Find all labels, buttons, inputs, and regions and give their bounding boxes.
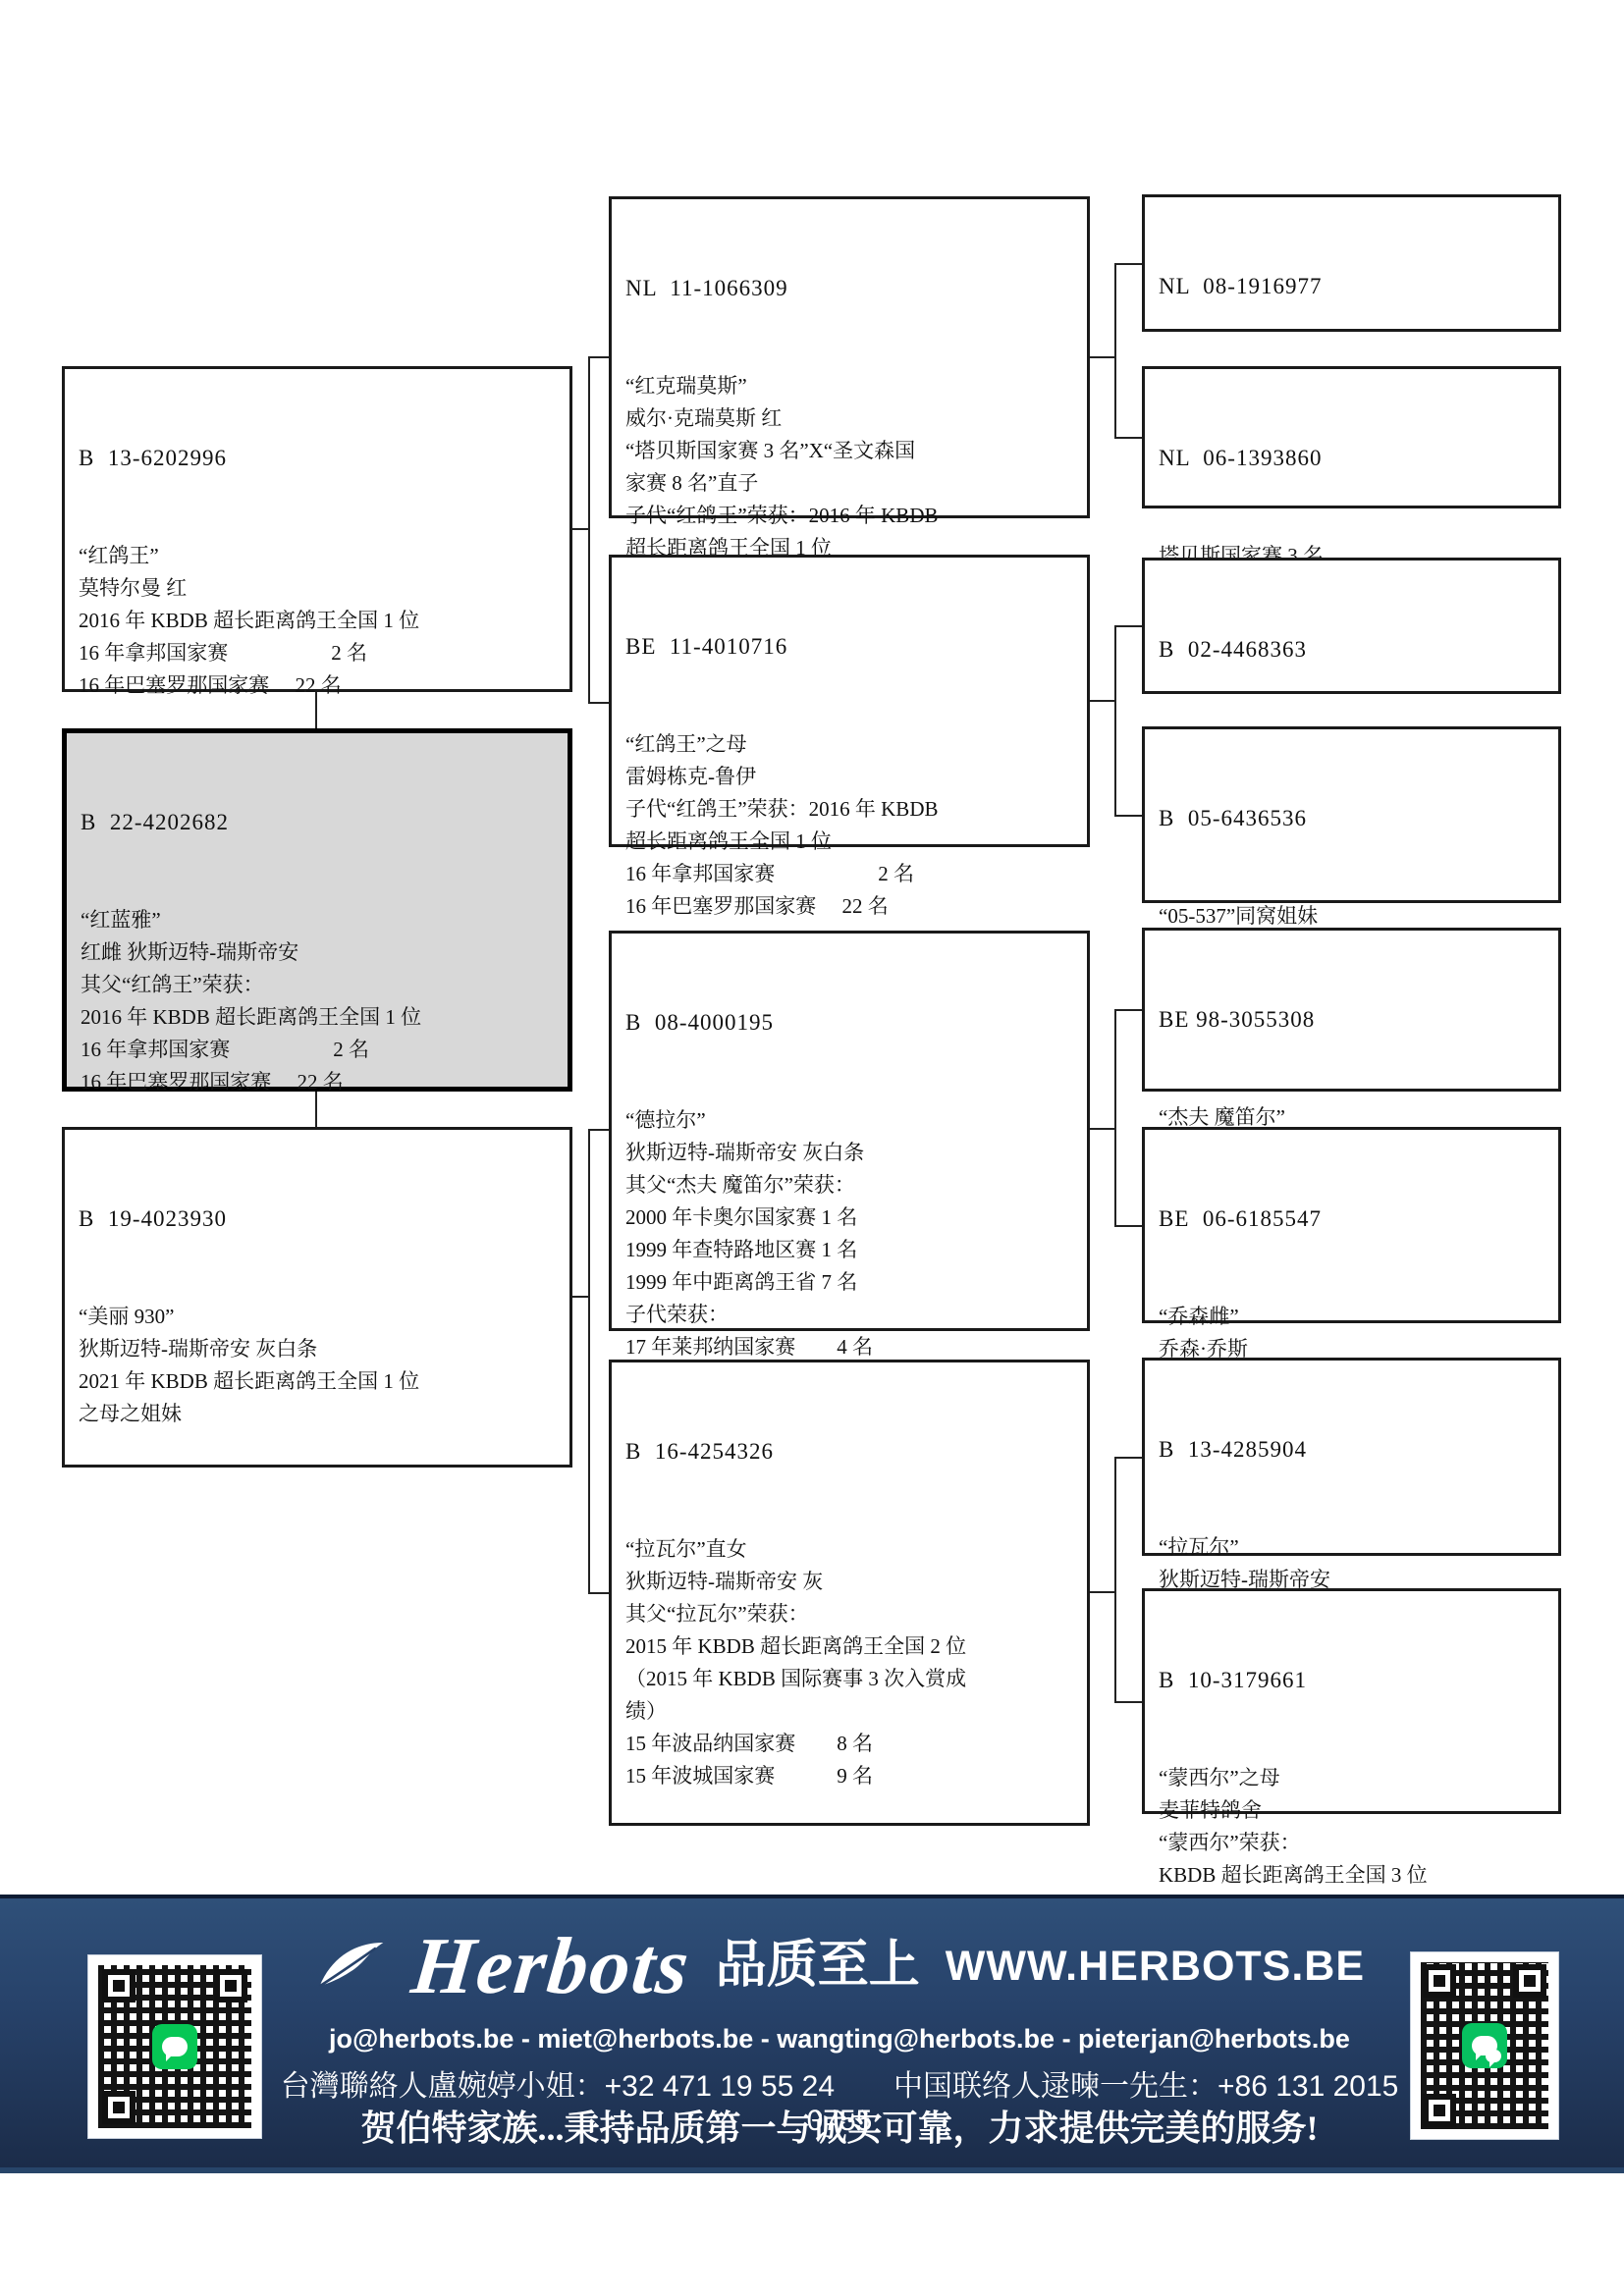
ring-number: B 13-6202996 bbox=[79, 442, 558, 475]
pedigree-box-ggp-2: NL 06-1393860 塔贝斯国家赛 3 名威尔·克瑞莫斯 bbox=[1142, 366, 1561, 508]
ring-number: BE 06-6185547 bbox=[1159, 1202, 1546, 1236]
pedigree-box-grandmother-1: BE 11-4010716 “红鸽王”之母雷姆栋克-鲁伊子代“红鸽王”荣获：20… bbox=[609, 555, 1090, 847]
pedigree-text-line: 其父“拉瓦尔”荣获： bbox=[625, 1598, 1075, 1630]
pedigree-box-ggp-6: BE 06-6185547 “乔森雌”乔森·乔斯雨点 bbox=[1142, 1127, 1561, 1323]
pedigree-text-line: “乔森雌” bbox=[1159, 1301, 1546, 1333]
pedigree-box-grandfather-1: NL 11-1066309 “红克瑞莫斯”威尔·克瑞莫斯 红“塔贝斯国家赛 3 … bbox=[609, 196, 1090, 518]
pedigree-text-line: “红鸽王”之母 bbox=[625, 728, 1075, 761]
ring-number: NL 06-1393860 bbox=[1159, 442, 1546, 475]
line-icon bbox=[152, 2024, 197, 2069]
pedigree-text-line: 雷姆栋克-鲁伊 bbox=[625, 761, 1075, 793]
pedigree-text-line: “拉瓦尔” bbox=[1159, 1531, 1546, 1564]
connector-line bbox=[588, 1592, 609, 1594]
line-qr-code bbox=[88, 1955, 261, 2138]
connector-line bbox=[1090, 1591, 1116, 1593]
connector-line bbox=[1114, 625, 1142, 627]
footer-cn-tagline: 品质至上 bbox=[716, 1937, 920, 1996]
pedigree-text-line: 15 年波城国家赛 9 名 bbox=[625, 1760, 1075, 1792]
connector-line bbox=[1090, 700, 1116, 702]
pedigree-box-text: “蒙西尔”之母麦菲特鸽舍“蒙西尔”荣获：KBDB 超长距离鸽王全国 3 位 bbox=[1159, 1762, 1546, 1892]
pedigree-box-ggp-7: B 13-4285904 “拉瓦尔”狄斯迈特-瑞斯帝安2015 年 KBDB 马… bbox=[1142, 1358, 1561, 1556]
pedigree-box-ggp-4: B 05-6436536 “05-537”同窝姐妹弗雷尔伯根“05-537”是 … bbox=[1142, 726, 1561, 903]
pedigree-text-line: 子代“红鸽王”荣获：2016 年 KBDB bbox=[625, 500, 1075, 532]
pedigree-text-line: 16 年拿邦国家赛 2 名 bbox=[81, 1034, 556, 1066]
pedigree-text-line: “红蓝雅” bbox=[81, 904, 556, 936]
pedigree-box-grandfather-2: B 08-4000195 “德拉尔”狄斯迈特-瑞斯帝安 灰白条其父“杰夫 魔笛尔… bbox=[609, 931, 1090, 1331]
connector-line bbox=[1114, 1457, 1116, 1703]
connector-line bbox=[588, 356, 609, 358]
footer-banner: Herbots 品质至上 WWW.HERBOTS.BE jo@herbots.b… bbox=[0, 1895, 1624, 2173]
connector-line bbox=[1114, 263, 1116, 439]
line-bubble bbox=[162, 2037, 188, 2056]
connector-line bbox=[1114, 1009, 1142, 1011]
pedigree-text-line: 2015 年 KBDB 超长距离鸽王全国 2 位 bbox=[625, 1630, 1075, 1663]
pedigree-text-line: “蒙西尔”之母 bbox=[1159, 1762, 1546, 1794]
wechat-bubble-small bbox=[1486, 2050, 1501, 2062]
pedigree-box-ggp-1: NL 08-1916977 圣文森国家赛 8 名威尔·克瑞莫斯 bbox=[1142, 194, 1561, 332]
pedigree-box-father: B 13-6202996 “红鸽王”莫特尔曼 红2016 年 KBDB 超长距离… bbox=[62, 366, 572, 692]
pedigree-text-line: 15 年波品纳国家赛 8 名 bbox=[625, 1728, 1075, 1760]
pedigree-text-line: （2015 年 KBDB 国际赛事 3 次入赏成 bbox=[625, 1663, 1075, 1695]
connector-line bbox=[588, 356, 590, 704]
pedigree-text-line: 2000 年卡奥尔国家赛 1 名 bbox=[625, 1201, 1075, 1234]
connector-line bbox=[315, 692, 317, 728]
pedigree-text-line: 16 年巴塞罗那国家赛 22 名 bbox=[79, 669, 558, 702]
pedigree-text-line: 红雌 狄斯迈特-瑞斯帝安 bbox=[81, 936, 556, 969]
ring-number: B 19-4023930 bbox=[79, 1202, 558, 1236]
pedigree-text-line: 狄斯迈特-瑞斯帝安 灰 bbox=[625, 1566, 1075, 1598]
qr-eye bbox=[1423, 2094, 1456, 2127]
ring-number: NL 11-1066309 bbox=[625, 272, 1075, 305]
connector-line bbox=[588, 702, 609, 704]
connector-line bbox=[1114, 1225, 1142, 1227]
pedigree-box-subject: B 22-4202682 “红蓝雅”红雌 狄斯迈特-瑞斯帝安其父“红鸽王”荣获：… bbox=[62, 728, 572, 1092]
pedigree-box-text: “拉瓦尔”直女狄斯迈特-瑞斯帝安 灰其父“拉瓦尔”荣获：2015 年 KBDB … bbox=[625, 1533, 1075, 1792]
herbots-logo: Herbots bbox=[408, 1926, 694, 2006]
pedigree-box-ggp-3: B 02-4468363 “开端号”之父顶级种鸽 bbox=[1142, 558, 1561, 694]
pedigree-text-line: 其父“红鸽王”荣获： bbox=[81, 969, 556, 1001]
footer-emails: jo@herbots.be - miet@herbots.be - wangti… bbox=[275, 2024, 1404, 2055]
pedigree-text-line: “蒙西尔”荣获： bbox=[1159, 1827, 1546, 1859]
pedigree-box-text: “红鸽王”之母雷姆栋克-鲁伊子代“红鸽王”荣获：2016 年 KBDB超长距离鸽… bbox=[625, 728, 1075, 923]
pedigree-text-line: “红鸽王” bbox=[79, 540, 558, 572]
qr-eye bbox=[1513, 1964, 1546, 1998]
pedigree-text-line: “美丽 930” bbox=[79, 1301, 558, 1333]
connector-line bbox=[1114, 1009, 1116, 1227]
connector-line bbox=[1114, 1701, 1142, 1703]
pedigree-text-line: 16 年拿邦国家赛 2 名 bbox=[625, 858, 1075, 890]
connector-line bbox=[1090, 1128, 1116, 1130]
footer-logo-row: Herbots 品质至上 WWW.HERBOTS.BE bbox=[275, 1926, 1404, 2006]
pedigree-text-line: 家赛 8 名”直子 bbox=[625, 467, 1075, 500]
pedigree-text-line: 2021 年 KBDB 超长距离鸽王全国 1 位 bbox=[79, 1365, 558, 1398]
pedigree-text-line: 之母之姐妹 bbox=[79, 1398, 558, 1430]
pedigree-text-line: “红克瑞莫斯” bbox=[625, 370, 1075, 402]
pedigree-box-text: “美丽 930”狄斯迈特-瑞斯帝安 灰白条2021 年 KBDB 超长距离鸽王全… bbox=[79, 1301, 558, 1430]
pedigree-text-line: 子代“红鸽王”荣获：2016 年 KBDB bbox=[625, 793, 1075, 826]
wechat-qr-code bbox=[1411, 1952, 1558, 2139]
connector-line bbox=[1114, 437, 1142, 439]
pedigree-box-text: “红鸽王”莫特尔曼 红2016 年 KBDB 超长距离鸽王全国 1 位16 年拿… bbox=[79, 540, 558, 702]
ring-number: NL 08-1916977 bbox=[1159, 270, 1546, 303]
connector-line bbox=[1114, 625, 1116, 817]
pedigree-text-line: 子代荣获： bbox=[625, 1299, 1075, 1331]
pedigree-text-line: 16 年拿邦国家赛 2 名 bbox=[79, 637, 558, 669]
pedigree-text-line: KBDB 超长距离鸽王全国 3 位 bbox=[1159, 1859, 1546, 1892]
ring-number: B 02-4468363 bbox=[1159, 633, 1546, 667]
pedigree-text-line: 2016 年 KBDB 超长距离鸽王全国 1 位 bbox=[81, 1001, 556, 1034]
pedigree-box-ggp-5: BE 98-3055308 “杰夫 魔笛尔”凡达姆-布达特 灰2000 年卡奥尔… bbox=[1142, 928, 1561, 1092]
connector-line bbox=[315, 1092, 317, 1127]
pedigree-text-line: 1999 年中距离鸽王省 7 名 bbox=[625, 1266, 1075, 1299]
ring-number: B 16-4254326 bbox=[625, 1435, 1075, 1468]
pedigree-text-line: 狄斯迈特-瑞斯帝安 灰白条 bbox=[79, 1333, 558, 1365]
pedigree-text-line: 超长距离鸽王全国 1 位 bbox=[625, 826, 1075, 858]
ring-number: BE 98-3055308 bbox=[1159, 1003, 1546, 1037]
pedigree-text-line: 莫特尔曼 红 bbox=[79, 572, 558, 605]
connector-line bbox=[1114, 263, 1142, 265]
connector-line bbox=[588, 1129, 590, 1594]
ring-number: B 05-6436536 bbox=[1159, 802, 1546, 835]
pedigree-text-line: 麦菲特鸽舍 bbox=[1159, 1794, 1546, 1827]
pedigree-box-mother: B 19-4023930 “美丽 930”狄斯迈特-瑞斯帝安 灰白条2021 年… bbox=[62, 1127, 572, 1468]
pedigree-text-line: 其父“杰夫 魔笛尔”荣获： bbox=[625, 1169, 1075, 1201]
footer-website: WWW.HERBOTS.BE bbox=[946, 1943, 1365, 1991]
pedigree-text-line: 2016 年 KBDB 超长距离鸽王全国 1 位 bbox=[79, 605, 558, 637]
connector-line bbox=[588, 1129, 609, 1131]
pedigree-text-line: 绩） bbox=[625, 1695, 1075, 1728]
pedigree-text-line: “拉瓦尔”直女 bbox=[625, 1533, 1075, 1566]
ring-number: B 22-4202682 bbox=[81, 806, 556, 839]
ring-number: BE 11-4010716 bbox=[625, 630, 1075, 664]
footer-slogan: 贺伯特家族...秉持品质第一与诚实可靠，力求提供完美的服务! bbox=[275, 2101, 1404, 2151]
wechat-icon bbox=[1462, 2023, 1507, 2068]
connector-line bbox=[1090, 356, 1116, 358]
pedigree-text-line: 狄斯迈特-瑞斯帝安 灰白条 bbox=[625, 1137, 1075, 1169]
qr-eye bbox=[102, 2091, 135, 2124]
qr-eye bbox=[1423, 1964, 1456, 1998]
pedigree-box-grandmother-2: B 16-4254326 “拉瓦尔”直女狄斯迈特-瑞斯帝安 灰其父“拉瓦尔”荣获… bbox=[609, 1360, 1090, 1826]
feather-icon bbox=[314, 1937, 387, 1996]
pedigree-box-ggp-8: B 10-3179661 “蒙西尔”之母麦菲特鸽舍“蒙西尔”荣获：KBDB 超长… bbox=[1142, 1588, 1561, 1814]
pedigree-text-line: 16 年巴塞罗那国家赛 22 名 bbox=[625, 890, 1075, 923]
connector-line bbox=[1114, 815, 1142, 817]
pedigree-text-line: 威尔·克瑞莫斯 红 bbox=[625, 402, 1075, 435]
ring-number: B 08-4000195 bbox=[625, 1006, 1075, 1040]
pedigree-text-line: “德拉尔” bbox=[625, 1104, 1075, 1137]
qr-eye bbox=[214, 1969, 247, 2002]
qr-eye bbox=[102, 1969, 135, 2002]
pedigree-page: B 13-6202996 “红鸽王”莫特尔曼 红2016 年 KBDB 超长距离… bbox=[0, 0, 1624, 2296]
connector-line bbox=[1114, 1457, 1142, 1459]
ring-number: B 10-3179661 bbox=[1159, 1664, 1546, 1697]
pedigree-text-line: 16 年巴塞罗那国家赛 22 名 bbox=[81, 1066, 556, 1098]
pedigree-box-text: “红蓝雅”红雌 狄斯迈特-瑞斯帝安其父“红鸽王”荣获：2016 年 KBDB 超… bbox=[81, 904, 556, 1098]
ring-number: B 13-4285904 bbox=[1159, 1433, 1546, 1467]
pedigree-text-line: 1999 年查特路地区赛 1 名 bbox=[625, 1234, 1075, 1266]
pedigree-text-line: “塔贝斯国家赛 3 名”X“圣文森国 bbox=[625, 435, 1075, 467]
